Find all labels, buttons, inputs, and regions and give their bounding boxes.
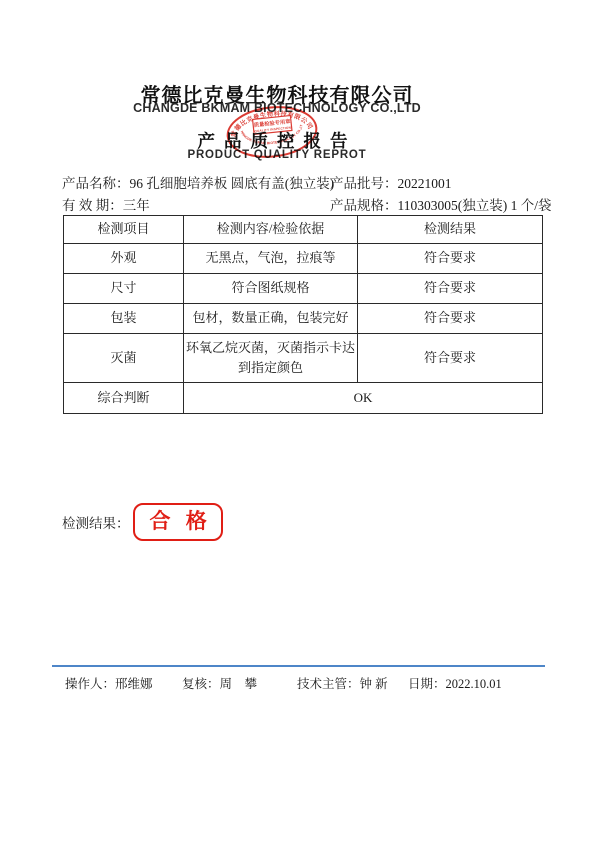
cell-content: 符合图纸规格 bbox=[184, 274, 358, 304]
batch-label: 产品批号： bbox=[330, 176, 398, 191]
cell-result: 符合要求 bbox=[358, 304, 543, 334]
date-value: 2022.10.01 bbox=[446, 677, 502, 691]
product-name-label: 产品名称： bbox=[62, 176, 130, 191]
reviewer-value: 周 攀 bbox=[220, 677, 258, 691]
cell-item: 尺寸 bbox=[64, 274, 184, 304]
table-row: 包装 包材，数量正确，包装完好 符合要求 bbox=[64, 304, 543, 334]
supervisor-item: 技术主管：钟 新 bbox=[297, 674, 388, 692]
pass-stamp: 合 格 bbox=[133, 503, 223, 541]
table-row: 外观 无黑点，气泡，拉痕等 符合要求 bbox=[64, 244, 543, 274]
cell-result: 符合要求 bbox=[358, 244, 543, 274]
report-title-en: PRODUCT QUALITY REPROT bbox=[0, 149, 554, 161]
expiry-label: 有 效 期： bbox=[62, 198, 123, 213]
spec-label: 产品规格： bbox=[330, 198, 398, 213]
summary-value-cell: OK bbox=[184, 383, 543, 414]
signature-footer: 操作人：邢维娜 复核：周 攀 技术主管：钟 新 日期：2022.10.01 bbox=[52, 665, 545, 693]
cell-content: 环氧乙烷灭菌，灭菌指示卡达到指定颜色 bbox=[184, 334, 358, 383]
date-item: 日期：2022.10.01 bbox=[408, 674, 502, 692]
product-info: 产品名称：96 孔细胞培养板 圆底有盖(独立装) 产品批号：20221001 有… bbox=[62, 173, 558, 217]
table-row: 灭菌 环氧乙烷灭菌，灭菌指示卡达到指定颜色 符合要求 bbox=[64, 334, 543, 383]
reviewer-label: 复核： bbox=[182, 677, 220, 691]
supervisor-label: 技术主管： bbox=[297, 677, 360, 691]
header-cell-result: 检测结果 bbox=[358, 216, 543, 244]
date-label: 日期： bbox=[408, 677, 446, 691]
cell-content: 无黑点，气泡，拉痕等 bbox=[184, 244, 358, 274]
table-row: 尺寸 符合图纸规格 符合要求 bbox=[64, 274, 543, 304]
table-header-row: 检测项目 检测内容/检验依据 检测结果 bbox=[64, 216, 543, 244]
summary-label-cell: 综合判断 bbox=[64, 383, 184, 414]
cell-item: 包装 bbox=[64, 304, 184, 334]
spec-pair: 产品规格：110303005(独立装) 1 个/袋 bbox=[330, 195, 552, 217]
cell-result: 符合要求 bbox=[358, 274, 543, 304]
quality-report-page: 常德比克曼生物科技有限公司 CHANGDE BKMAM BIOTECHNOLOG… bbox=[0, 0, 610, 862]
table-summary-row: 综合判断 OK bbox=[64, 383, 543, 414]
operator-label: 操作人： bbox=[65, 677, 115, 691]
result-label: 检测结果： bbox=[62, 512, 130, 532]
cell-item: 外观 bbox=[64, 244, 184, 274]
product-info-row-2: 有 效 期：三年 产品规格：110303005(独立装) 1 个/袋 bbox=[62, 195, 558, 217]
batch-value: 20221001 bbox=[398, 176, 452, 191]
expiry-value: 三年 bbox=[123, 198, 150, 213]
header-cell-item: 检测项目 bbox=[64, 216, 184, 244]
cell-item: 灭菌 bbox=[64, 334, 184, 383]
cell-content: 包材，数量正确，包装完好 bbox=[184, 304, 358, 334]
inspection-table: 检测项目 检测内容/检验依据 检测结果 外观 无黑点，气泡，拉痕等 符合要求 尺… bbox=[63, 215, 543, 414]
header-cell-content: 检测内容/检验依据 bbox=[184, 216, 358, 244]
cell-result: 符合要求 bbox=[358, 334, 543, 383]
operator-value: 邢维娜 bbox=[115, 677, 153, 691]
operator-item: 操作人：邢维娜 bbox=[65, 674, 153, 692]
spec-value: 110303005(独立装) 1 个/袋 bbox=[398, 198, 552, 213]
company-name-en: CHANGDE BKMAM BIOTECHNOLOGY CO.,LTD bbox=[0, 101, 554, 115]
batch-pair: 产品批号：20221001 bbox=[330, 173, 452, 195]
reviewer-item: 复核：周 攀 bbox=[182, 674, 257, 692]
result-line: 检测结果： 合 格 bbox=[62, 503, 223, 541]
product-info-row-1: 产品名称：96 孔细胞培养板 圆底有盖(独立装) 产品批号：20221001 bbox=[62, 173, 558, 195]
supervisor-value: 钟 新 bbox=[360, 677, 388, 691]
product-name-value: 96 孔细胞培养板 圆底有盖(独立装) bbox=[130, 176, 335, 191]
